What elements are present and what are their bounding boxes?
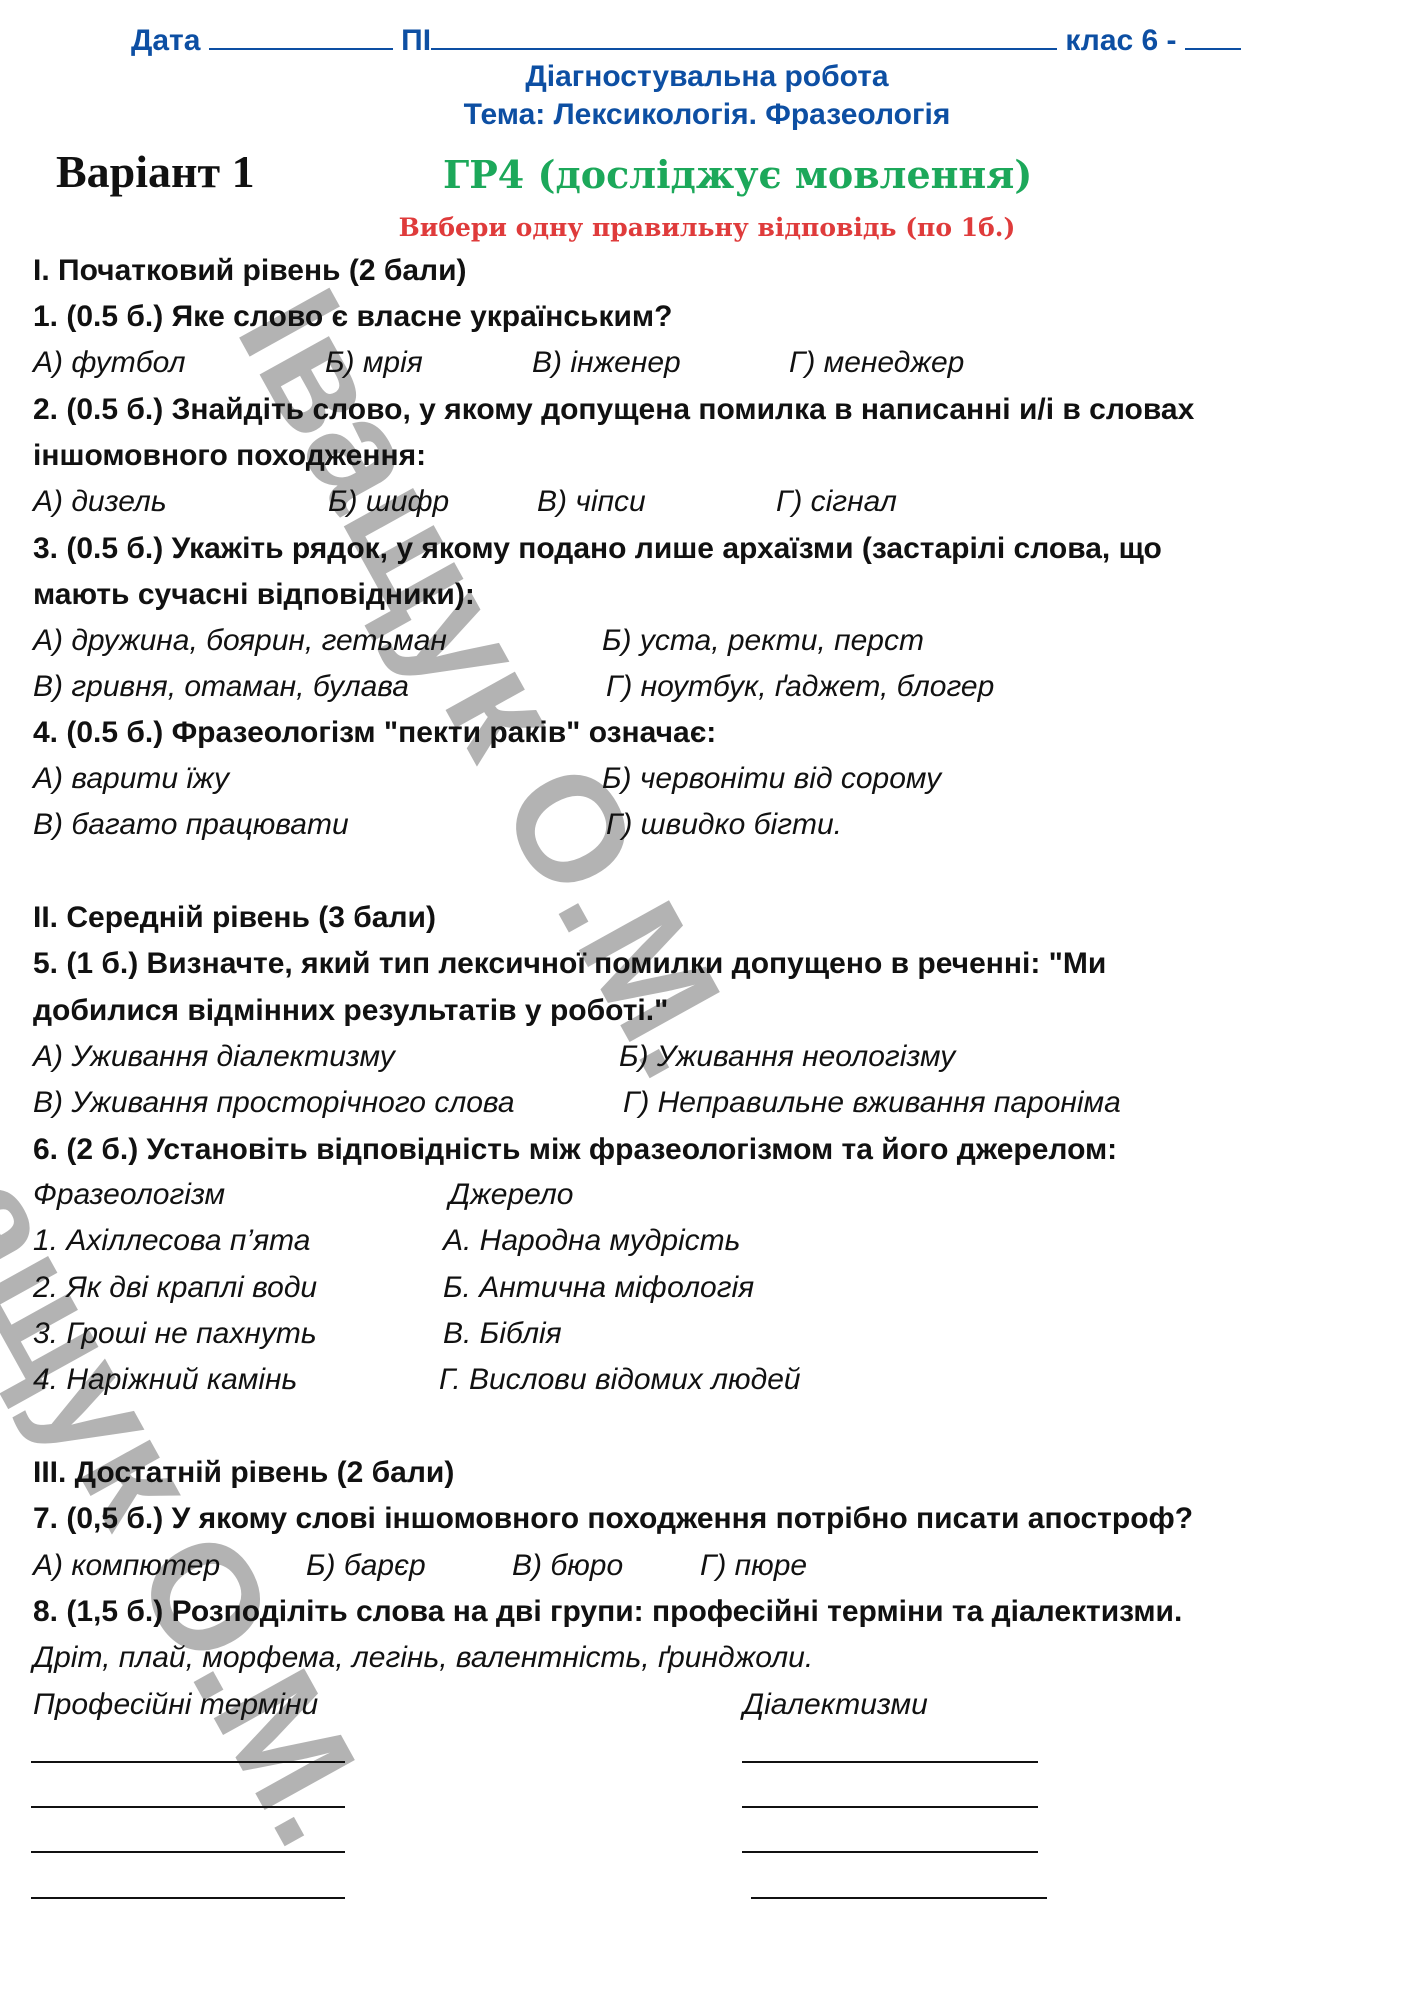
q3-option-a[interactable]: А) дружина, боярин, гетьман [33,624,447,658]
q2-option-b[interactable]: Б) шифр [328,485,449,519]
date-label: Дата [131,24,200,57]
group-label: ГР4 (досліджує мовлення) [443,152,1032,197]
pi-label: ПІ [401,24,431,57]
question-3-line1: 3. (0.5 б.) Укажіть рядок, у якому подан… [33,532,1162,566]
q8-left-header: Професійні терміни [33,1688,318,1722]
question-8: 8. (1,5 б.) Розподіліть слова на дві гру… [33,1595,1182,1629]
q8-right-header: Діалектизми [743,1688,928,1722]
q6-source-a: А. Народна мудрість [443,1224,740,1258]
question-4: 4. (0.5 б.) Фразеологізм "пекти раків" о… [33,716,716,750]
q5-option-c[interactable]: В) Уживання просторічного слова [33,1086,515,1120]
answer-line-terms-4[interactable] [31,1897,345,1899]
answer-line-terms-2[interactable] [31,1806,345,1808]
q4-option-d[interactable]: Г) швидко бігти. [606,808,842,842]
q7-option-a[interactable]: А) компютер [33,1549,220,1583]
q5-option-a[interactable]: А) Уживання діалектизму [33,1040,395,1074]
q2-option-c[interactable]: В) чіпси [537,485,646,519]
q6-source-c: В. Біблія [443,1317,562,1351]
q4-option-b[interactable]: Б) червоніти від сорому [602,762,941,796]
q6-phrase-3: 3. Гроші не пахнуть [33,1317,317,1351]
q6-right-header: Джерело [449,1178,573,1212]
q7-option-b[interactable]: Б) барєр [306,1549,426,1583]
doc-title: Діагностувальна робота [0,60,1414,94]
q2-option-d[interactable]: Г) сігнал [776,485,897,519]
answer-line-dialect-2[interactable] [742,1806,1038,1808]
question-2-line1: 2. (0.5 б.) Знайдіть слово, у якому допу… [33,393,1194,427]
question-3-line2: мають сучасні відповідники): [33,578,475,612]
answer-line-terms-3[interactable] [31,1851,345,1853]
q7-option-d[interactable]: Г) пюре [700,1549,807,1583]
q4-option-a[interactable]: А) варити їжу [33,762,229,796]
instruction-text: Вибери одну правильну відповідь (по 1б.) [0,213,1414,242]
q6-phrase-4: 4. Наріжний камінь [33,1363,297,1397]
variant-label: Варіант 1 [56,145,255,198]
q1-option-d[interactable]: Г) менеджер [789,346,964,380]
q7-option-c[interactable]: В) бюро [512,1549,623,1583]
answer-line-dialect-3[interactable] [742,1851,1038,1853]
question-2-line2: іншомовного походження: [33,439,426,473]
section-1-title: І. Початковий рівень (2 бали) [33,254,467,288]
question-7: 7. (0,5 б.) У якому слові іншомовного по… [33,1502,1193,1536]
q5-option-b[interactable]: Б) Уживання неологізму [619,1040,955,1074]
student-info-line: Дата ПІ клас 6 - [131,22,1241,58]
q3-option-d[interactable]: Г) ноутбук, ґаджет, блогер [606,670,994,704]
section-3-title: ІІІ. Достатній рівень (2 бали) [33,1456,454,1490]
date-field[interactable] [209,22,393,50]
question-6: 6. (2 б.) Установіть відповідність між ф… [33,1133,1117,1167]
q1-option-b[interactable]: Б) мрія [325,346,423,380]
doc-topic: Тема: Лексикологія. Фразеологія [0,98,1414,132]
q3-option-b[interactable]: Б) уста, ректи, перст [602,624,924,658]
class-label: клас 6 - [1065,24,1176,57]
name-field[interactable] [431,22,1057,50]
question-5-line1: 5. (1 б.) Визначте, який тип лексичної п… [33,947,1106,981]
q6-phrase-2: 2. Як дві краплі води [33,1271,317,1305]
section-2-title: ІІ. Середній рівень (3 бали) [33,901,436,935]
answer-line-dialect-1[interactable] [742,1761,1038,1763]
q2-option-a[interactable]: А) дизель [33,485,167,519]
q3-option-c[interactable]: В) гривня, отаман, булава [33,670,409,704]
class-field[interactable] [1185,22,1241,50]
q6-source-b: Б. Антична міфологія [443,1271,754,1305]
q6-source-d: Г. Вислови відомих людей [439,1363,801,1397]
q6-left-header: Фразеологізм [33,1178,225,1212]
q6-phrase-1: 1. Ахіллесова п’ята [33,1224,310,1258]
q4-option-c[interactable]: В) багато працювати [33,808,349,842]
q8-word-list: Дріт, плай, морфема, легінь, валентність… [33,1641,813,1675]
question-1: 1. (0.5 б.) Яке слово є власне українськ… [33,300,672,334]
q1-option-c[interactable]: В) інженер [532,346,681,380]
q1-option-a[interactable]: А) футбол [33,346,186,380]
question-5-line2: добилися відмінних результатів у роботі.… [33,994,668,1028]
answer-line-dialect-4[interactable] [751,1897,1047,1899]
q5-option-d[interactable]: Г) Неправильне вживання пароніма [623,1086,1121,1120]
answer-line-terms-1[interactable] [31,1761,345,1763]
